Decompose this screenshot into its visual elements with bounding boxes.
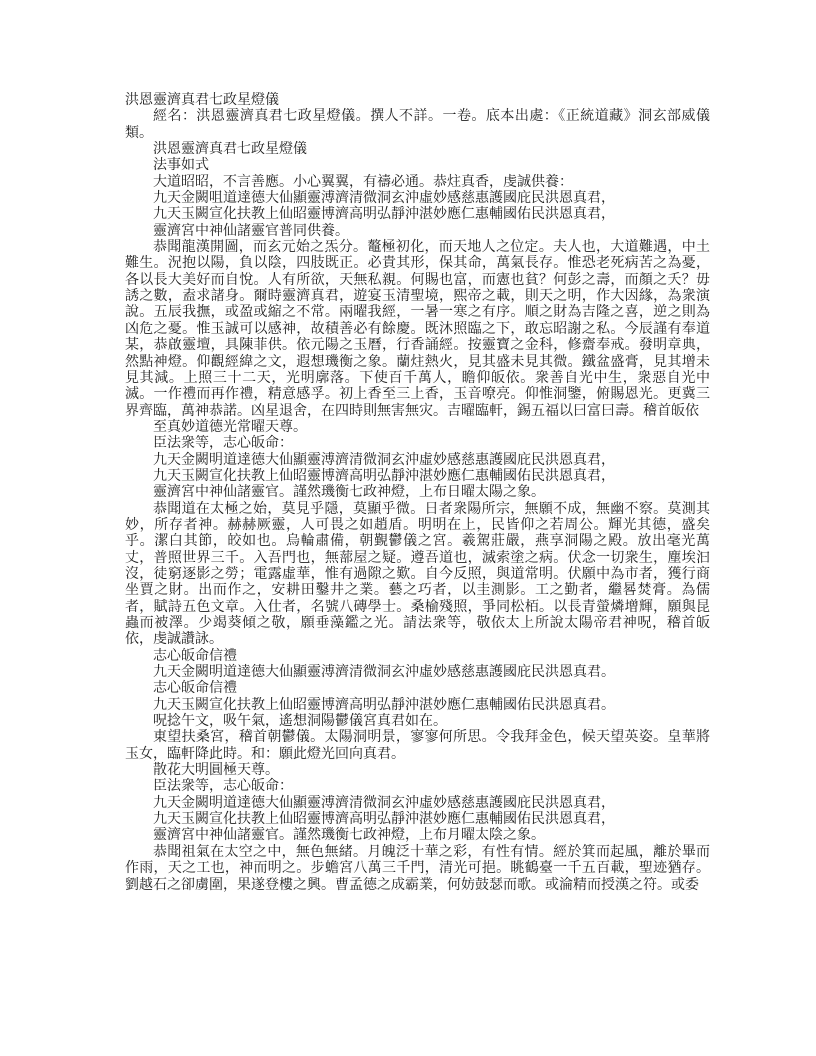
- paragraph: 恭聞道在太極之始，莫見乎隱，莫顯乎微。日者衆陽所宗，無願不成，無幽不察。莫測其妙…: [125, 502, 710, 649]
- paragraph: 恭聞龍漢開圖，而玄元始之炁分。鼇極初化，而天地人之位定。夫人也，大道難遇，中土難…: [125, 240, 710, 420]
- paragraph: 志心皈命信禮: [125, 649, 710, 665]
- document-page: 洪恩靈濟真君七政星燈儀 經名：洪恩靈濟真君七政星燈儀。撰人不詳。一卷。底本出處：…: [0, 0, 816, 1056]
- paragraph: 九天玉闕宣化扶教上仙昭靈博濟高明弘靜沖湛妙應仁惠輔國佑民洪恩真君。: [125, 698, 710, 714]
- paragraph: 九天金闕明道達德大仙顯靈溥濟清微洞玄沖虛妙感慈惠護國庇民洪恩真君，: [125, 453, 710, 469]
- paragraph: 經名：洪恩靈濟真君七政星燈儀。撰人不詳。一卷。底本出處：《正統道藏》洞玄部威儀類…: [125, 109, 710, 142]
- paragraph: 靈濟宮中神仙諸靈官。謹然璣衡七政神燈，上布月曜太陰之象。: [125, 828, 710, 844]
- paragraph: 九天金闕明道達德大仙顯靈溥濟清微洞玄沖虛妙感慈惠護國庇民洪恩真君，: [125, 796, 710, 812]
- paragraph: 洪恩靈濟真君七政星燈儀: [125, 142, 710, 158]
- paragraph: 靈濟宮中神仙諸靈官普同供養。: [125, 224, 710, 240]
- paragraph: 法事如式: [125, 158, 710, 174]
- paragraph: 九天金闕明道達德大仙顯靈溥濟清微洞玄沖虛妙感慈惠護國庇民洪恩真君。: [125, 665, 710, 681]
- paragraph: 九天金闕咀道達德大仙顯靈溥濟清微洞玄沖虛妙感慈惠護國庇民洪恩真君，: [125, 191, 710, 207]
- paragraph: 恭聞祖氣在太空之中，無色無緒。月魄泛十華之彩，有性有情。經於箕而起風，離於畢而作…: [125, 845, 710, 894]
- paragraph: 大道昭昭，不言善應。小心翼翼，有禱必通。恭炷真香，虔誠供養：: [125, 175, 710, 191]
- document-body: 經名：洪恩靈濟真君七政星燈儀。撰人不詳。一卷。底本出處：《正統道藏》洞玄部威儀類…: [125, 109, 710, 894]
- document-title: 洪恩靈濟真君七政星燈儀: [125, 93, 710, 109]
- paragraph: 東望扶桑宮，稽首朝鬱儀。太陽洞明景，寥寥何所思。令我拜金色，候天望英姿。皇華將玉…: [125, 730, 710, 763]
- paragraph: 九天玉闕宣化扶教上仙昭靈博濟高明弘靜沖湛妙應仁惠輔國佑民洪恩真君，: [125, 812, 710, 828]
- paragraph: 九天玉闕宣化扶教上仙昭靈博濟高明弘靜沖湛妙應仁惠輔國佑民洪恩真君，: [125, 469, 710, 485]
- paragraph: 呪捻午文，吸午氣，遙想洞陽鬱儀宮真君如在。: [125, 714, 710, 730]
- paragraph: 散花大明圓極天尊。: [125, 763, 710, 779]
- paragraph: 志心皈命信禮: [125, 681, 710, 697]
- paragraph: 靈濟宮中神仙諸靈官。謹然璣衡七政神燈，上布日曜太陽之象。: [125, 485, 710, 501]
- paragraph: 九天玉闕宣化扶教上仙昭靈博濟高明弘靜沖湛妙應仁惠輔國佑民洪恩真君，: [125, 207, 710, 223]
- paragraph: 至真妙道德光常曜天尊。: [125, 420, 710, 436]
- paragraph: 臣法衆等，志心皈命：: [125, 779, 710, 795]
- paragraph: 臣法衆等，志心皈命：: [125, 436, 710, 452]
